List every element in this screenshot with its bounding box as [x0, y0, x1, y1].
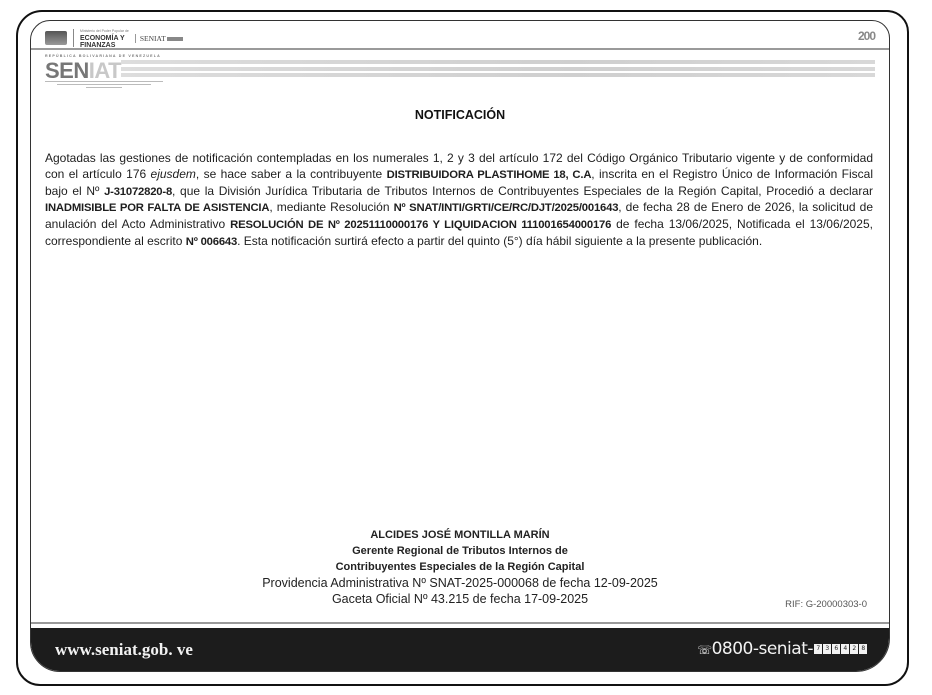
anniversary-logo: 200: [858, 29, 875, 43]
seniat-logo-subtitle: [45, 79, 163, 90]
body-text: , que la División Jurídica Tributaria de…: [172, 184, 873, 198]
phone-digits: 736428: [814, 644, 867, 654]
header-rule: [31, 48, 889, 50]
body-text: , se hace saber a la contribuyente: [196, 167, 387, 181]
signature-block: ALCIDES JOSÉ MONTILLA MARÍN Gerente Regi…: [31, 527, 889, 607]
resolution-number: Nº SNAT/INTI/GRTI/CE/RC/DJT/2025/001643: [394, 202, 619, 214]
notice-body: Agotadas las gestiones de notificación c…: [45, 151, 873, 251]
taxpayer-name: DISTRIBUIDORA PLASTIHOME 18, C.A: [387, 169, 592, 181]
notice-document: Ministerio del Poder Popular de ECONOMÍA…: [30, 20, 890, 672]
phone-number: ☏0800-seniat-736428: [697, 639, 867, 659]
body-text: , mediante Resolución: [269, 200, 393, 214]
divider: [73, 29, 74, 47]
website-url: www.seniat.gob. ve: [55, 640, 193, 660]
ministry-small-text: Ministerio del Poder Popular de: [80, 28, 129, 35]
administrative-act: RESOLUCIÓN DE Nº 20251110000176 Y LIQUID…: [230, 219, 611, 231]
document-title: NOTIFICACIÓN: [31, 108, 889, 122]
footer-bar: www.seniat.gob. ve ☏0800-seniat-736428: [31, 628, 889, 672]
filing-number: Nº 006643: [186, 236, 237, 248]
seniat-mini-text: SENIAT: [140, 34, 166, 43]
providencia: Providencia Administrativa Nº SNAT-2025-…: [31, 575, 889, 591]
seniat-rif: RIF: G-20000303-0: [785, 599, 867, 610]
digit: 6: [832, 644, 840, 654]
digit: 4: [841, 644, 849, 654]
phone-icon: ☏: [697, 643, 712, 657]
decision: INADMISIBLE POR FALTA DE ASISTENCIA: [45, 202, 269, 214]
phone-prefix: 0800-seniat-: [712, 639, 813, 659]
header-logos: Ministerio del Poder Popular de ECONOMÍA…: [45, 27, 183, 49]
signatory-name: ALCIDES JOSÉ MONTILLA MARÍN: [31, 527, 889, 543]
signatory-role-1: Gerente Regional de Tributos Internos de: [31, 543, 889, 559]
ministry-logo: Ministerio del Poder Popular de ECONOMÍA…: [80, 28, 129, 49]
header-bars: [121, 60, 875, 80]
seniat-mini-logo: SENIAT: [135, 34, 183, 43]
digit: 7: [814, 644, 822, 654]
footer-rule: [31, 622, 889, 624]
taxpayer-rif: J-31072820-8: [104, 186, 172, 198]
body-italic: ejusdem: [151, 167, 196, 181]
government-emblem-icon: [45, 31, 67, 45]
digit: 2: [850, 644, 858, 654]
signatory-role-2: Contribuyentes Especiales de la Región C…: [31, 559, 889, 575]
body-text: . Esta notificación surtirá efecto a par…: [237, 234, 762, 248]
ministry-line1: ECONOMÍA Y: [80, 35, 125, 42]
digit: 8: [859, 644, 867, 654]
gaceta: Gaceta Oficial Nº 43.215 de fecha 17-09-…: [31, 591, 889, 607]
digit: 3: [823, 644, 831, 654]
